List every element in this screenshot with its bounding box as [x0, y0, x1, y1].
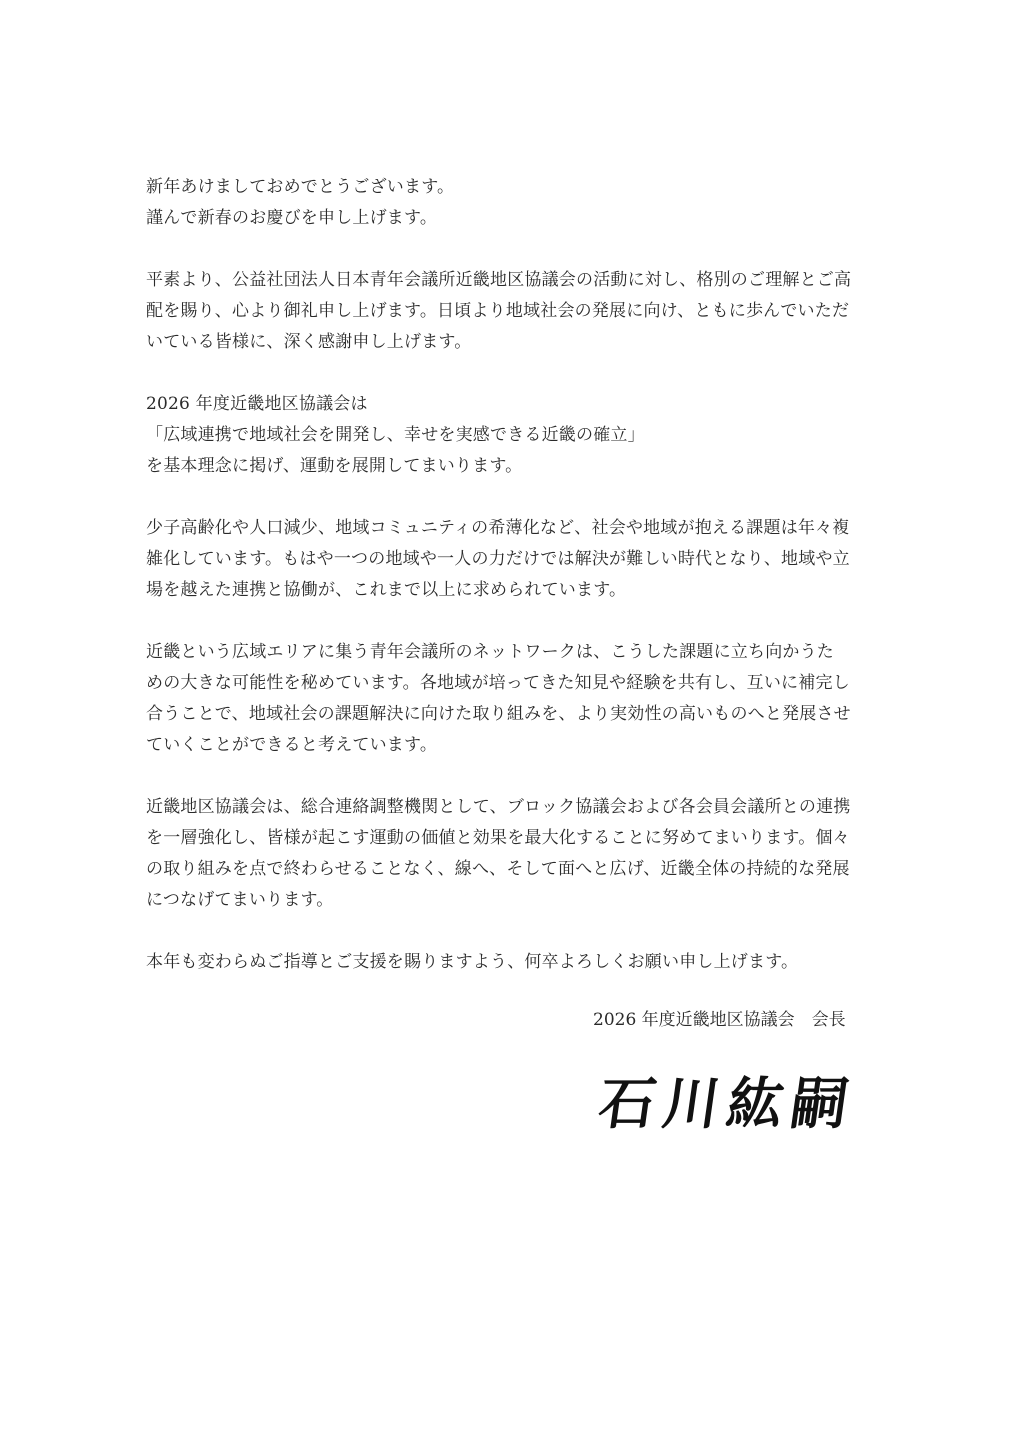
challenges-paragraph: 少子高齢化や人口減少、地域コミュニティの希薄化など、社会や地域が抱える課題は年々… [146, 513, 876, 606]
text-line: の取り組みを点で終わらせることなく、線へ、そして面へと広げ、近畿全体の持続的な発… [146, 854, 876, 885]
text-line: いている皆様に、深く感謝申し上げます。 [146, 327, 876, 358]
text-line: ていくことができると考えています。 [146, 730, 876, 761]
text-line: を一層強化し、皆様が起こす運動の価値と効果を最大化することに努めてまいります。個… [146, 823, 876, 854]
text-line: 「広域連携で地域社会を開発し、幸せを実感できる近畿の確立」 [146, 420, 876, 451]
letter-body: 新年あけましておめでとうございます。 謹んで新春のお慶びを申し上げます。 平素よ… [146, 172, 876, 1009]
gratitude-paragraph: 平素より、公益社団法人日本青年会議所近畿地区協議会の活動に対し、格別のご理解とご… [146, 265, 876, 358]
text-line: 本年も変わらぬご指導とご支援を賜りますよう、何卒よろしくお願い申し上げます。 [146, 947, 876, 978]
text-line: 近畿地区協議会は、総合連絡調整機関として、ブロック協議会および各会員会議所との連… [146, 792, 876, 823]
text-line: につなげてまいります。 [146, 885, 876, 916]
philosophy-paragraph: 2026 年度近畿地区協議会は 「広域連携で地域社会を開発し、幸せを実感できる近… [146, 389, 876, 482]
text-line: 場を越えた連携と協働が、これまで以上に求められています。 [146, 575, 876, 606]
handwritten-signature: 石川紘嗣 [594, 1060, 861, 1140]
text-line: めの大きな可能性を秘めています。各地域が培ってきた知見や経験を共有し、互いに補完… [146, 668, 876, 699]
text-line: を基本理念に掲げ、運動を展開してまいります。 [146, 451, 876, 482]
text-line: 近畿という広域エリアに集う青年会議所のネットワークは、こうした課題に立ち向かうた [146, 637, 876, 668]
text-line: 雑化しています。もはや一つの地域や一人の力だけでは解決が難しい時代となり、地域や… [146, 544, 876, 575]
text-line: 少子高齢化や人口減少、地域コミュニティの希薄化など、社会や地域が抱える課題は年々… [146, 513, 876, 544]
network-paragraph: 近畿という広域エリアに集う青年会議所のネットワークは、こうした課題に立ち向かうた… [146, 637, 876, 761]
commitment-paragraph: 近畿地区協議会は、総合連絡調整機関として、ブロック協議会および各会員会議所との連… [146, 792, 876, 916]
text-line: 2026 年度近畿地区協議会は [146, 389, 876, 420]
closing-paragraph: 本年も変わらぬご指導とご支援を賜りますよう、何卒よろしくお願い申し上げます。 [146, 947, 876, 978]
sender-title: 2026 年度近畿地区協議会 会長 [593, 1005, 846, 1030]
text-line: 平素より、公益社団法人日本青年会議所近畿地区協議会の活動に対し、格別のご理解とご… [146, 265, 876, 296]
text-line: 謹んで新春のお慶びを申し上げます。 [146, 203, 876, 234]
text-line: 新年あけましておめでとうございます。 [146, 172, 876, 203]
greeting-paragraph: 新年あけましておめでとうございます。 謹んで新春のお慶びを申し上げます。 [146, 172, 876, 234]
text-line: 合うことで、地域社会の課題解決に向けた取り組みを、より実効性の高いものへと発展さ… [146, 699, 876, 730]
text-line: 配を賜り、心より御礼申し上げます。日頃より地域社会の発展に向け、ともに歩んでいた… [146, 296, 876, 327]
